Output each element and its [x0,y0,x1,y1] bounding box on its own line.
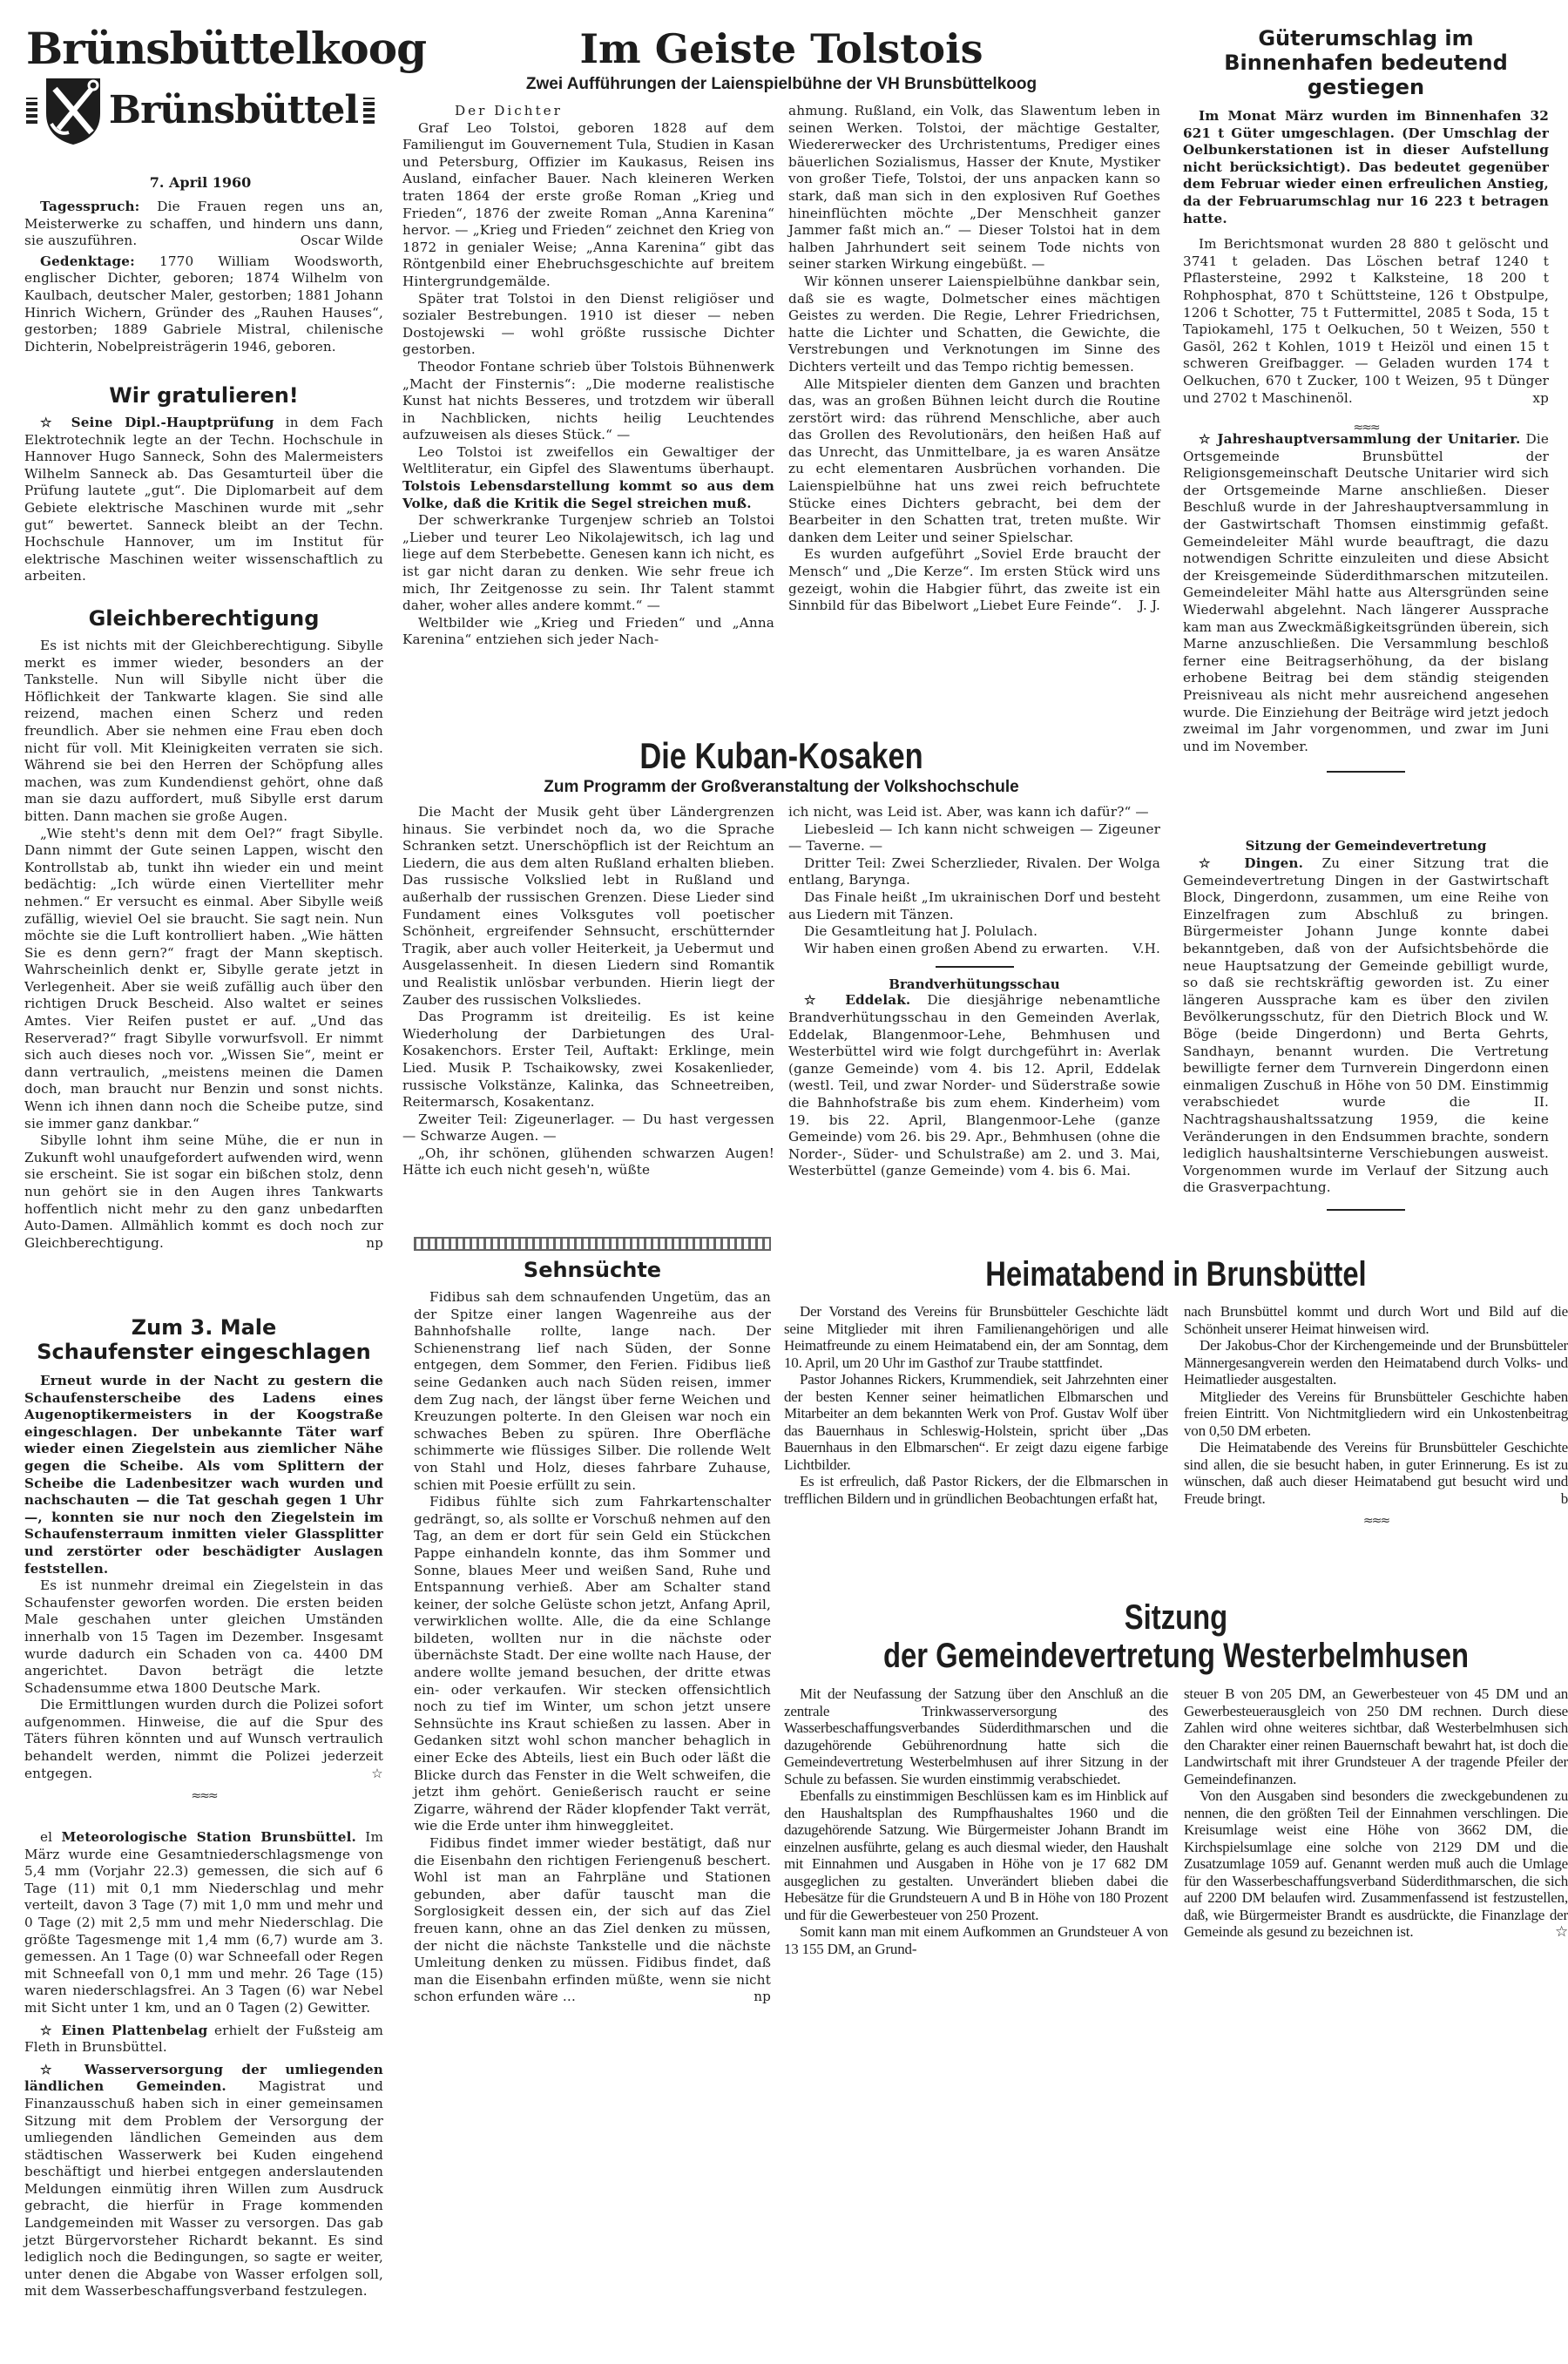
signature: xp [1532,390,1549,408]
article-schaufenster: Zum 3. Male Schaufenster eingeschlagen E… [24,1315,383,1810]
article-gleichberechtigung: Gleichberechtigung Es ist nichts mit der… [24,606,383,1252]
article-column-2: nach Brunsbüttel kommt und durch Wort un… [1184,1303,1568,1535]
article-paragraph: Somit kann man mit einem Aufkommen an Gr… [784,1923,1168,1957]
article-body: ☆ Dingen. Zu einer Sitzung trat die Geme… [1183,855,1549,1197]
masthead-line2: Brünsbüttel [109,88,358,133]
article-paragraph: ich nicht, was Leid ist. Aber, was kann … [788,804,1160,821]
article-paragraph: Die Ermittlungen wurden durch die Polize… [24,1697,383,1782]
article-subtitle: Zum Programm der Großveranstaltung der V… [402,778,1160,797]
wave-ornament-icon: ≈≈≈ [24,1789,383,1803]
article-paragraph: Es ist erfreulich, daß Pastor Rickers, d… [784,1473,1168,1507]
article-subtitle: Zwei Aufführungen der Laienspielbühne de… [402,75,1160,94]
article-paragraph: nach Brunsbüttel kommt und durch Wort un… [1184,1303,1568,1337]
article-body: el Meteorologische Station Brunsbüttel. … [24,1829,383,2017]
article-title: Gleichberechtigung [24,606,383,631]
star-icon: ☆ [1555,1923,1568,1941]
article-plattenbelag: ☆ Einen Plattenbelag erhielt der Fußstei… [24,2023,383,2057]
ornament-border [414,1237,771,1251]
signature: J. J. [1139,598,1160,615]
article-column-2: ahmung. Rußland, ein Volk, das Slawentum… [788,103,1160,649]
article-paragraph: Wir haben einen großen Abend zu erwarten… [788,941,1160,958]
article-title: Im Geiste Tolstois [402,26,1160,71]
article-paragraph: Zweiter Teil: Zigeunerlager. — Du hast v… [402,1111,774,1145]
article-title: Heimatabend in Brunsbüttel [855,1254,1497,1294]
star-icon: ☆ [371,1766,383,1783]
brandschau-title: Brandverhütungsschau [788,976,1160,992]
article-paragraph: Fidibus sah dem schnaufenden Ungetüm, da… [414,1289,771,1494]
article-title: Die Kuban-Kosaken [470,736,1092,776]
article-paragraph: Graf Leo Tolstoi, geboren 1828 auf dem F… [402,120,774,291]
article-column-2: steuer B von 205 DM, an Gewerbesteuer vo… [1184,1685,1568,1957]
article-paragraph: „Wie steht's denn mit dem Oel?“ fragt Si… [24,826,383,1133]
article-column-1: Mit der Neufassung der Satzung über den … [784,1685,1168,1957]
daily-info: Tagesspruch: Die Frauen regen uns an, Me… [24,199,383,355]
article-paragraph: Es ist nichts mit der Gleichberechtigung… [24,638,383,826]
divider [1327,771,1405,773]
banner-left-icon [26,98,37,124]
article-title-line1: Zum 3. Male [24,1315,383,1340]
article-lead: Im Monat März wurden im Binnenhafen 32 6… [1183,108,1549,227]
article-westerbelmhusen: Sitzung der Gemeindevertretung Westerbel… [784,1598,1568,1957]
article-column-1: Der Dichter Graf Leo Tolstoi, geboren 18… [402,103,774,649]
article-body: ☆ Seine Dipl.-Hauptprüfung in dem Fach E… [24,415,383,585]
wave-ornament-icon: ≈≈≈ [1184,1514,1568,1528]
article-unitarier: ☆ Jahreshauptversammlung der Unitarier. … [1183,431,1549,781]
signature: b [1561,1490,1568,1508]
article-paragraph: Es wurden aufgeführt „Soviel Erde brauch… [788,546,1160,614]
article-paragraph: Mitglieder des Vereins für Brunsbütteler… [1184,1388,1568,1440]
article-paragraph: Später trat Tolstoi in den Dienst religi… [402,291,774,359]
article-paragraph: Die Gesamtleitung hat J. Polulach. [788,923,1160,941]
article-title: Sitzung der Gemeindevertretung [1183,838,1549,854]
article-paragraph: Die Heimatabende des Vereins für Brunsbü… [1184,1439,1568,1507]
article-paragraph: Das Finale heißt „Im ukrainischen Dorf u… [788,889,1160,923]
article-paragraph: Fidibus findet immer wieder bestätigt, d… [414,1835,771,2006]
article-paragraph: Fidibus fühlte sich zum Fahrkartenschalt… [414,1494,771,1835]
tagesspruch: Tagesspruch: Die Frauen regen uns an, Me… [24,199,383,250]
article-paragraph: Weltbilder wie „Krieg und Frieden“ und „… [402,615,774,649]
signature: V.H. [1132,941,1160,958]
article-meteo: el Meteorologische Station Brunsbüttel. … [24,1829,383,2300]
article-title-line2: der Gemeindevertretung Westerbelmhusen [855,1637,1497,1675]
article-sehnsuechte: Sehnsüchte Fidibus sah dem schnaufenden … [414,1237,771,2006]
article-paragraph: Liebesleid — Ich kann nicht schweigen — … [788,821,1160,855]
article-gueterumschlag: Güterumschlag im Binnenhafen bedeutend g… [1183,26,1549,442]
issue-date: 7. April 1960 [26,174,375,191]
article-paragraph: Alle Mitspieler dienten dem Ganzen und b… [788,376,1160,547]
article-paragraph: Der Jakobus-Chor der Kirchengemeinde und… [1184,1337,1568,1388]
article-title-line1: Sitzung [855,1598,1497,1637]
article-dingen: Sitzung der Gemeindevertretung ☆ Dingen.… [1183,838,1549,1219]
article-title: Wir gratulieren! [24,383,383,408]
gedenktage: Gedenktage: 1770 William Woodsworth, eng… [24,253,383,356]
article-paragraph: Der schwerkranke Turgenjew schrieb an To… [402,512,774,615]
article-paragraph: Die Macht der Musik geht über Ländergren… [402,804,774,1009]
article-paragraph: Mit der Neufassung der Satzung über den … [784,1685,1168,1787]
article-column-2: ich nicht, was Leid ist. Aber, was kann … [788,804,1160,1180]
article-paragraph: Im Berichtsmonat wurden 28 880 t gelösch… [1183,236,1549,407]
article-tolstoi: Im Geiste Tolstois Zwei Aufführungen der… [402,26,1160,649]
article-paragraph: Ebenfalls zu einstimmigen Beschlüssen ka… [784,1787,1168,1923]
article-title: Güterumschlag im Binnenhafen bedeutend g… [1183,26,1549,99]
article-paragraph: Sibylle lohnt ihm seine Mühe, die er nun… [24,1132,383,1252]
divider [936,966,1014,968]
anchor-crest-icon [43,75,104,146]
masthead-line1: Brünsbüttelkoog [26,26,375,71]
article-brandschau: ☆ Eddelak. Die diesjährige nebenamtliche… [788,992,1160,1180]
masthead: Brünsbüttelkoog Brünsbüttel 7. April 196… [26,26,375,191]
article-paragraph: Theodor Fontane schrieb über Tolstois Bü… [402,359,774,444]
article-paragraph: ahmung. Rußland, ein Volk, das Slawentum… [788,103,1160,274]
article-gratulieren: Wir gratulieren! ☆ Seine Dipl.-Hauptprüf… [24,383,383,585]
article-body: ☆ Jahreshauptversammlung der Unitarier. … [1183,431,1549,755]
article-paragraph: Wir können unserer Laienspielbühne dankb… [788,274,1160,376]
article-title: Sehnsüchte [414,1258,771,1282]
section-label: Der Dichter [402,103,774,120]
article-paragraph: Dritter Teil: Zwei Scherzlieder, Rivalen… [788,855,1160,889]
article-paragraph: steuer B von 205 DM, an Gewerbesteuer vo… [1184,1685,1568,1787]
article-paragraph: Es ist nunmehr dreimal ein Ziegelstein i… [24,1577,383,1697]
article-kosaken: Die Kuban-Kosaken Zum Programm der Großv… [402,736,1160,1180]
article-lead: Erneut wurde in der Nacht zu gestern die… [24,1373,383,1577]
signature: np [754,1989,771,2006]
divider [1327,1209,1405,1211]
article-title-line2: Schaufenster eingeschlagen [24,1340,383,1364]
banner-right-icon [363,98,375,124]
article-paragraph: Der Vorstand des Vereins für Brunsbüttel… [784,1303,1168,1371]
article-column-1: Die Macht der Musik geht über Ländergren… [402,804,774,1180]
article-paragraph: Pastor Johannes Rickers, Krummendiek, se… [784,1371,1168,1473]
article-paragraph: „Oh, ihr schönen, glühenden schwarzen Au… [402,1145,774,1179]
signature: np [366,1235,383,1253]
article-heimatabend: Heimatabend in Brunsbüttel Der Vorstand … [784,1254,1568,1535]
article-wasserversorgung: ☆ Wasserversorgung der umliegenden ländl… [24,2062,383,2300]
article-paragraph: Das Programm ist dreiteilig. Es ist kein… [402,1009,774,1111]
article-paragraph: Von den Ausgaben sind besonders die zwec… [1184,1787,1568,1941]
article-paragraph: Leo Tolstoi ist zweifellos ein Gewaltige… [402,444,774,512]
article-column-1: Der Vorstand des Vereins für Brunsbüttel… [784,1303,1168,1535]
